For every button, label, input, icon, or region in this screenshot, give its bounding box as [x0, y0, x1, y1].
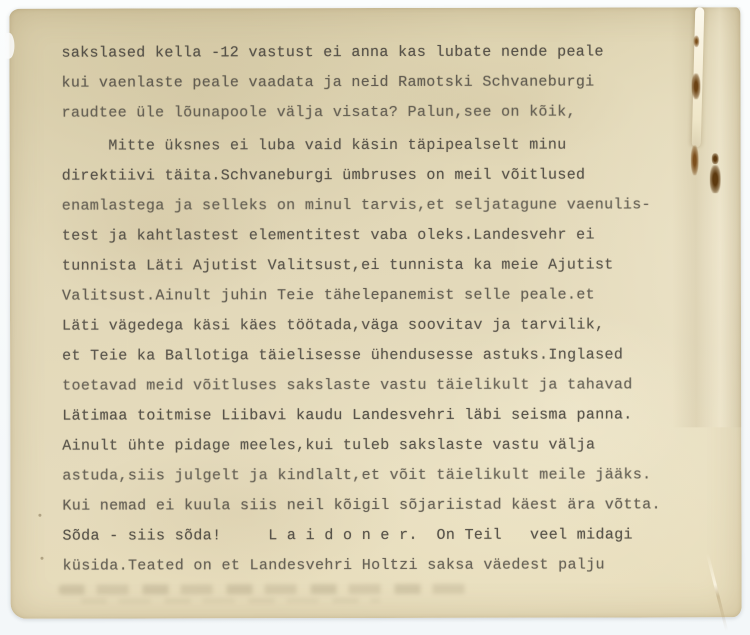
typed-line: Mitte üksnes ei luba vaid käsin täpipeal…	[62, 130, 702, 161]
typed-line: Lätimaa toitmise Liibavi kaudu Landesveh…	[62, 400, 702, 431]
typed-line: Kui nemad ei kuula siis neil kõigil sõja…	[62, 490, 702, 521]
bleed-through-text	[81, 598, 381, 604]
typed-line: küsida.Teated on et Landesvehri Holtzi s…	[62, 550, 702, 581]
typed-text-block: sakslased kella -12 vastust ei anna kas …	[61, 37, 702, 581]
typed-line: raudtee üle lõunapoole välja visata? Pal…	[62, 97, 702, 128]
typed-line: Sõda - siis sõda! L a i d o n e r. On Te…	[62, 520, 702, 551]
ink-speck	[38, 514, 41, 517]
diagonal-crease	[706, 553, 728, 631]
rust-stain	[712, 153, 719, 164]
typed-line: astuda,siis julgelt ja kindlalt,et võit …	[62, 460, 702, 491]
typed-line: direktiivi täita.Schvaneburgi ümbruses o…	[62, 160, 702, 191]
bleed-through-text	[59, 584, 467, 595]
typed-line: toetavad meid võitluses sakslaste vastu …	[62, 370, 702, 401]
typed-line: Läti vägedega käsi käes töötada,väga soo…	[62, 310, 702, 341]
paper-edge-chip	[5, 33, 14, 59]
typed-line: sakslased kella -12 vastust ei anna kas …	[61, 37, 701, 68]
rust-stain	[710, 165, 721, 193]
typed-line: test ja kahtlastest elementitest vaba ol…	[62, 220, 702, 251]
ink-speck	[41, 557, 44, 560]
typed-line: Valitsust.Ainult juhin Teie tähelepanemi…	[62, 280, 702, 311]
typed-line: tunnista Läti Ajutist Valitsust,ei tunni…	[62, 250, 702, 281]
typed-line: Ainult ühte pidage meeles,kui tuleb saks…	[62, 430, 702, 461]
typed-line: enamlastega ja selleks on minul tarvis,e…	[62, 190, 702, 221]
scanner-bed: sakslased kella -12 vastust ei anna kas …	[0, 0, 750, 635]
paper-sheet: sakslased kella -12 vastust ei anna kas …	[9, 7, 741, 619]
typed-line: et Teie ka Ballotiga täielisesse ühendus…	[62, 340, 702, 371]
typed-line: kui vaenlaste peale vaadata ja neid Ramo…	[61, 67, 701, 98]
